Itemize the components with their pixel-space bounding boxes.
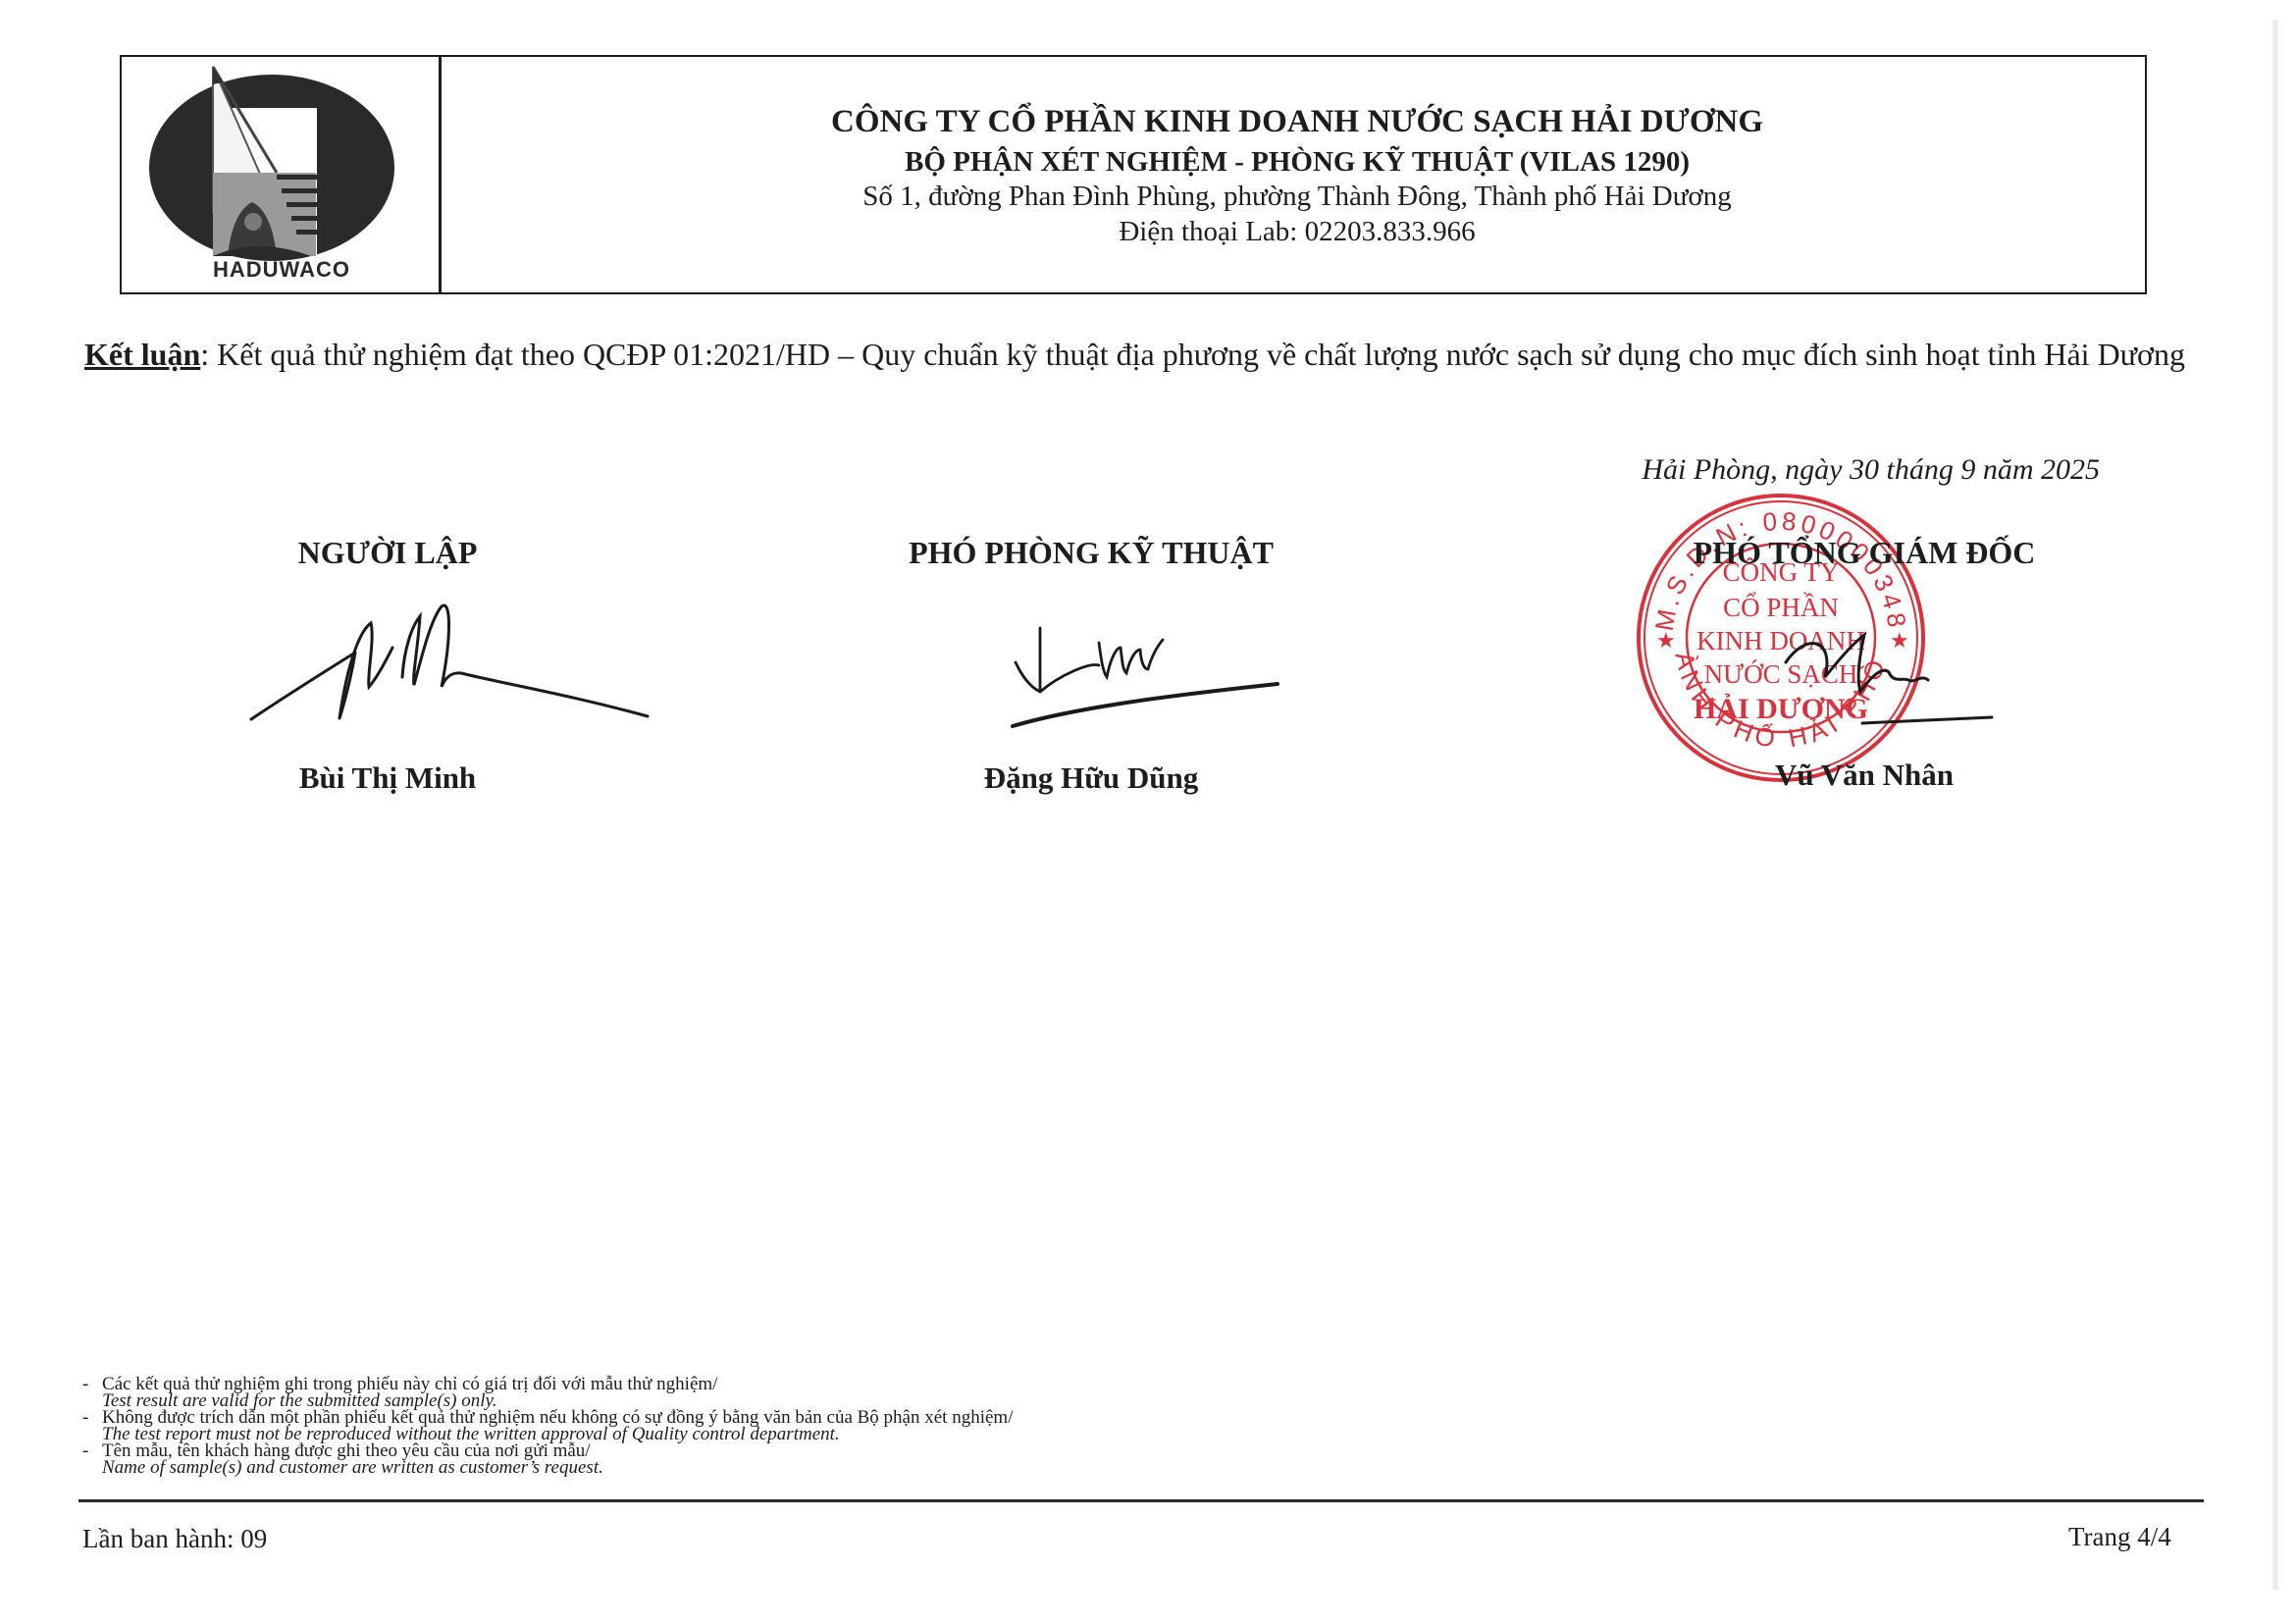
svg-text:CỔ PHẦN: CỔ PHẦN [1723,592,1839,622]
conclusion-text: Kết quả thử nghiệm đạt theo QCĐP 01:2021… [217,337,2185,372]
conclusion-paragraph: Kết luận: Kết quả thử nghiệm đạt theo QC… [84,330,2204,379]
signatory-title-preparer: NGƯỜI LẬP [298,535,478,571]
page-number: Trang 4/4 [2068,1522,2171,1552]
department-name: BỘ PHẬN XÉT NGHIỆM - PHÒNG KỸ THUẬT (VIL… [445,146,2149,179]
signatory-name-deputy-technical: Đặng Hữu Dũng [984,760,1198,796]
signature-preparer-icon [245,579,657,736]
logo-emblem-icon [139,65,424,261]
conclusion-label: Kết luận [84,337,200,372]
company-address: Số 1, đường Phan Đình Phùng, phường Thàn… [445,181,2149,213]
signatory-title-deputy-technical: PHÓ PHÒNG KỸ THUẬT [909,535,1274,571]
signatory-title-deputy-director: PHÓ TỔNG GIÁM ĐỐC [1694,535,2036,571]
footnotes: -Các kết quả thử nghiệm ghi trong phiếu … [82,1376,1013,1476]
signature-deputy-technical-icon [1001,618,1295,736]
edition-number: Lần ban hành: 09 [82,1524,267,1554]
footnote-en: Name of sample(s) and customer are writt… [82,1459,1013,1476]
conclusion-separator: : [200,337,217,372]
header-divider [439,57,442,292]
logo-text: HADUWACO [139,257,424,283]
company-name: CÔNG TY CỔ PHẦN KINH DOANH NƯỚC SẠCH HẢI… [445,104,2149,140]
signature-deputy-director-icon [1766,623,2002,731]
footer-divider [78,1499,2204,1502]
signatory-name-deputy-director: Vũ Văn Nhân [1775,758,1954,793]
signatory-name-preparer: Bùi Thị Minh [299,760,476,796]
haduwaco-logo: HADUWACO [139,65,424,290]
letterhead-box: HADUWACO CÔNG TY CỔ PHẦN KINH DOANH NƯỚC… [120,55,2147,294]
date-line: Hải Phòng, ngày 30 tháng 9 năm 2025 [1642,453,2100,487]
lab-phone: Điện thoại Lab: 02203.833.966 [445,216,2149,248]
scan-edge [2272,20,2278,1590]
svg-text:★: ★ [1656,628,1676,653]
